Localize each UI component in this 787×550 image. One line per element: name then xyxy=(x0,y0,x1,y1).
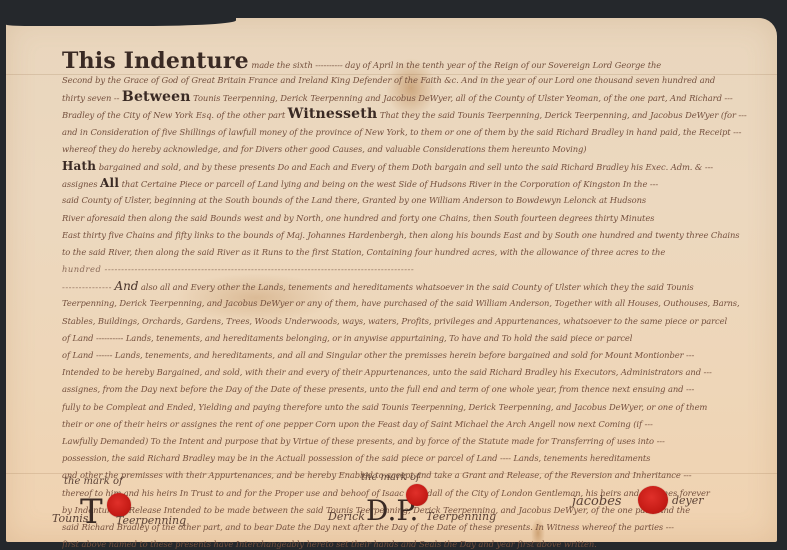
body-text: their or one of their heirs or assignes … xyxy=(62,419,653,429)
body-line: possession, the said Richard Bradley may… xyxy=(62,450,774,467)
body-text: Intended to be hereby Bargained, and sol… xyxy=(62,367,712,377)
signature-label: the mark of xyxy=(361,472,420,483)
body-line: Intended to be hereby Bargained, and sol… xyxy=(62,364,774,381)
body-text: Lawfully Demanded) To the Intent and pur… xyxy=(62,436,665,446)
body-text: That they the said Tounis Teerpenning, D… xyxy=(380,110,747,120)
wax-seal xyxy=(638,486,668,514)
body-text: Stables, Buildings, Orchards, Gardens, T… xyxy=(62,316,727,326)
body-line: River aforesaid then along the said Boun… xyxy=(62,210,774,227)
body-text: whereof they do hereby acknowledge, and … xyxy=(62,144,586,154)
body-line: assignes, from the Day next before the D… xyxy=(62,381,774,398)
body-text: made the sixth ---------- day of April i… xyxy=(251,60,661,70)
signature-first-name: jacobes xyxy=(572,494,622,509)
body-text: and in Consideration of five Shillings o… xyxy=(62,127,741,137)
body-line: Lawfully Demanded) To the Intent and pur… xyxy=(62,433,774,450)
body-text: that Certaine Piece or parcell of Land l… xyxy=(122,179,658,189)
body-text: possession, the said Richard Bradley may… xyxy=(62,453,650,463)
body-text: River aforesaid then along the said Boun… xyxy=(62,213,654,223)
body-line: of Land ------ Lands, tenements, and her… xyxy=(62,347,774,364)
body-line: and in Consideration of five Shillings o… xyxy=(62,124,774,141)
body-line: --------------- And also all and Every o… xyxy=(62,278,774,295)
body-text: of Land ---------- Lands, tenements, and… xyxy=(62,333,632,343)
body-line: to the said River, then along the said R… xyxy=(62,244,774,261)
keyword-all: All xyxy=(100,176,119,190)
parchment-page: This Indenture made the sixth ----------… xyxy=(6,18,777,542)
keyword-between: Between xyxy=(122,89,191,105)
body-text: bargained and sold, and by these present… xyxy=(99,162,713,172)
signature-mark: T xyxy=(80,492,103,532)
body-line: Second by the Grace of God of Great Brit… xyxy=(62,72,774,89)
body-line: East thirty five Chains and fifty links … xyxy=(62,227,774,244)
body-text: assignes, from the Day next before the D… xyxy=(62,384,694,394)
signature-last-name: Teerpenning xyxy=(116,514,186,527)
body-text: of Land ------ Lands, tenements, and her… xyxy=(62,350,694,360)
body-text: Second by the Grace of God of Great Brit… xyxy=(62,75,715,85)
body-text: thirty seven -- xyxy=(62,93,119,103)
signature-block: the mark of Tounis T Teerpenning the mar… xyxy=(6,478,777,548)
body-line: This Indenture made the sixth ----------… xyxy=(62,46,774,72)
signature-last-name: deyer xyxy=(672,494,704,507)
body-line: assignes All that Certaine Piece or parc… xyxy=(62,175,774,192)
body-line: hundred --------------------------------… xyxy=(62,261,774,278)
body-line: whereof they do hereby acknowledge, and … xyxy=(62,141,774,158)
body-text: assignes xyxy=(62,179,97,189)
body-line: Teerpenning, Derick Teerpenning, and Jac… xyxy=(62,295,774,312)
body-text: to the said River, then along the said R… xyxy=(62,247,665,257)
body-line: thirty seven -- Between Tounis Teerpenni… xyxy=(62,89,774,106)
body-text: also all and Every other the Lands, tene… xyxy=(141,282,694,292)
body-text: Bradley of the City of New York Esq. of … xyxy=(62,110,285,120)
body-line: of Land ---------- Lands, tenements, and… xyxy=(62,330,774,347)
scanned-document-viewer: This Indenture made the sixth ----------… xyxy=(0,0,787,550)
body-line: said County of Ulster, beginning at the … xyxy=(62,192,774,209)
body-line: their or one of their heirs or assignes … xyxy=(62,416,774,433)
keyword-witnesseth: Witnesseth xyxy=(288,106,378,122)
body-text: East thirty five Chains and fifty links … xyxy=(62,230,739,240)
body-text: --------------- xyxy=(62,282,112,292)
body-text: Teerpenning, Derick Teerpenning, and Jac… xyxy=(62,298,740,308)
body-line: Stables, Buildings, Orchards, Gardens, T… xyxy=(62,313,774,330)
signature-label: the mark of xyxy=(64,476,123,487)
body-text: fully to be Compleat and Ended, Yielding… xyxy=(62,402,707,412)
wax-seal xyxy=(406,484,428,506)
signature-last-name: Teerpenning xyxy=(426,510,496,523)
keyword-and: And xyxy=(115,279,139,293)
body-text: said County of Ulster, beginning at the … xyxy=(62,195,646,205)
body-text: Tounis Teerpenning, Derick Teerpenning a… xyxy=(193,93,732,103)
body-line: Bradley of the City of New York Esq. of … xyxy=(62,106,774,123)
heading-indenture: Indenture xyxy=(124,48,249,72)
keyword-hath: Hath xyxy=(62,159,96,173)
body-line: Hath bargained and sold, and by these pr… xyxy=(62,158,774,175)
signature-first-name: Derick xyxy=(328,510,365,523)
body-line: fully to be Compleat and Ended, Yielding… xyxy=(62,399,774,416)
heading-this: This xyxy=(62,48,116,72)
body-text: hundred --------------------------------… xyxy=(62,264,414,274)
